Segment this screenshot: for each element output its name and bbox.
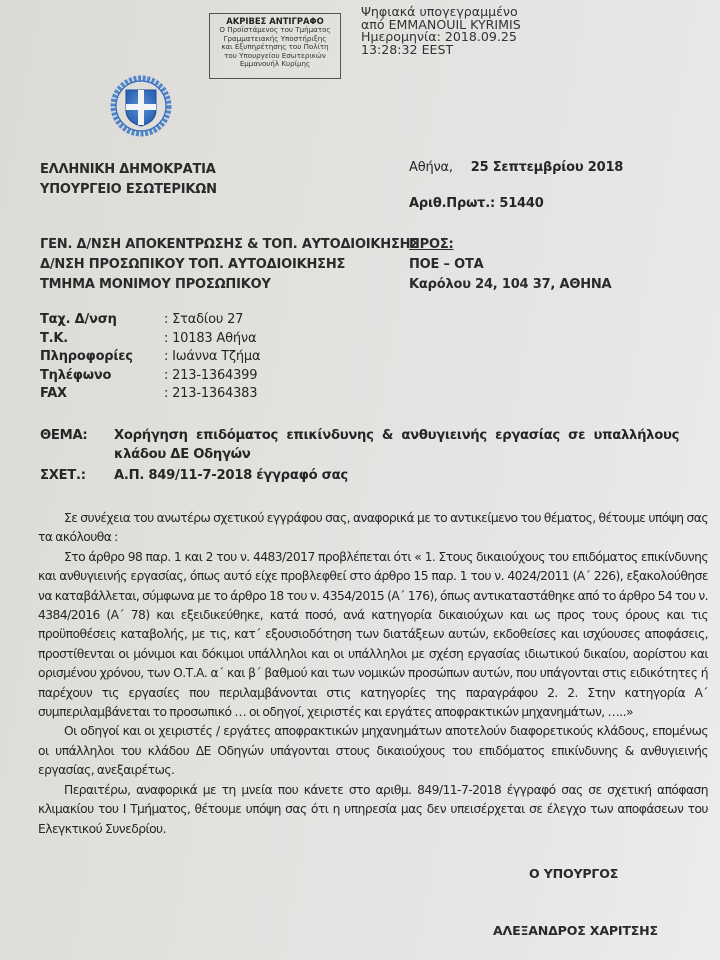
stamp-line: Εμμανουήλ Κυρίμης	[210, 60, 340, 69]
issuer-country: ΕΛΛΗΝΙΚΗ ΔΗΜΟΚΡΑΤΙΑ	[40, 160, 217, 180]
date-value: 25 Σεπτεμβρίου 2018	[471, 160, 623, 175]
departments-block: ΓΕΝ. Δ/ΝΣΗ ΑΠΟΚΕΝΤΡΩΣΗΣ & ΤΟΠ. ΑΥΤΟΔΙΟΙΚ…	[40, 235, 419, 295]
reference-value: Α.Π. 849/11-7-2018 έγγραφό σας	[114, 466, 348, 485]
body-paragraph-1: Σε συνέχεια του ανωτέρω σχετικού εγγράφο…	[38, 509, 708, 548]
contact-label: Τ.Κ.	[40, 330, 164, 349]
reference-label: ΣΧΕΤ.:	[40, 466, 114, 485]
protocol-number: Αριθ.Πρωτ.: 51440	[409, 196, 544, 211]
contact-value: : 10183 Αθήνα	[164, 330, 256, 349]
contact-block: Ταχ. Δ/νση : Σταδίου 27 Τ.Κ. : 10183 Αθή…	[40, 311, 260, 404]
subject-label: ΘΕΜΑ:	[40, 426, 114, 445]
contact-row-info: Πληροφορίες : Ιωάννα Τζήμα	[40, 348, 260, 367]
subject-block: ΘΕΜΑ: Χορήγηση επιδόματος επικίνδυνης & …	[40, 426, 679, 485]
recipient-name: ΠΟΕ – ΟΤΑ	[409, 255, 611, 275]
date-line: Αθήνα, 25 Σεπτεμβρίου 2018	[409, 160, 623, 175]
body-paragraph-4: Περαιτέρω, αναφορικά με τη μνεία που κάν…	[38, 781, 708, 839]
signatory-title: Ο ΥΠΟΥΡΓΟΣ	[529, 864, 618, 884]
department-line: ΓΕΝ. Δ/ΝΣΗ ΑΠΟΚΕΝΤΡΩΣΗΣ & ΤΟΠ. ΑΥΤΟΔΙΟΙΚ…	[40, 235, 419, 255]
recipient-block: ΠΡΟΣ: ΠΟΕ – ΟΤΑ Καρόλου 24, 104 37, ΑΘΗΝ…	[409, 235, 611, 295]
body-paragraph-2: Στο άρθρο 98 παρ. 1 και 2 του ν. 4483/20…	[38, 548, 708, 723]
contact-row-phone: Τηλέφωνο : 213-1364399	[40, 367, 260, 386]
department-line: ΤΜΗΜΑ ΜΟΝΙΜΟΥ ΠΡΟΣΩΠΙΚΟΥ	[40, 275, 419, 295]
certified-copy-stamp: ΑΚΡΙΒΕΣ ΑΝΤΙΓΡΑΦΟ Ο Προϊστάμενος του Τμή…	[209, 13, 341, 79]
contact-value: : Σταδίου 27	[164, 311, 243, 330]
letter-body: Σε συνέχεια του ανωτέρω σχετικού εγγράφο…	[38, 509, 708, 839]
recipient-label: ΠΡΟΣ:	[409, 235, 611, 255]
subject-line-1: Χορήγηση επιδόματος επικίνδυνης & ανθυγι…	[114, 426, 679, 445]
date-place: Αθήνα,	[409, 160, 453, 175]
signatory-name: ΑΛΕΞΑΝΔΡΟΣ ΧΑΡΙΤΣΗΣ	[493, 921, 658, 941]
contact-row-postcode: Τ.Κ. : 10183 Αθήνα	[40, 330, 260, 349]
contact-row-address: Ταχ. Δ/νση : Σταδίου 27	[40, 311, 260, 330]
issuer-block: ΕΛΛΗΝΙΚΗ ΔΗΜΟΚΡΑΤΙΑ ΥΠΟΥΡΓΕΙΟ ΕΣΩΤΕΡΙΚΩΝ	[40, 160, 217, 200]
contact-value: : 213-1364399	[164, 367, 257, 386]
greek-coat-of-arms-icon	[110, 75, 172, 137]
digital-signature: Ψηφιακά υπογεγραμμένο από EMMANOUIL KYRI…	[361, 6, 521, 56]
contact-value: : 213-1364383	[164, 385, 257, 404]
subject-line-2: κλάδου ΔΕ Οδηγών	[114, 445, 250, 464]
contact-label: FAX	[40, 385, 164, 404]
contact-label: Τηλέφωνο	[40, 367, 164, 386]
body-paragraph-3: Οι οδηγοί και οι χειριστές / εργάτες απο…	[38, 722, 708, 780]
contact-value: : Ιωάννα Τζήμα	[164, 348, 260, 367]
department-line: Δ/ΝΣΗ ΠΡΟΣΩΠΙΚΟΥ ΤΟΠ. ΑΥΤΟΔΙΟΙΚΗΣΗΣ	[40, 255, 419, 275]
contact-label: Πληροφορίες	[40, 348, 164, 367]
contact-row-fax: FAX : 213-1364383	[40, 385, 260, 404]
recipient-address: Καρόλου 24, 104 37, ΑΘΗΝΑ	[409, 275, 611, 295]
issuer-ministry: ΥΠΟΥΡΓΕΙΟ ΕΣΩΤΕΡΙΚΩΝ	[40, 180, 217, 200]
signature-line: 13:28:32 EEST	[361, 44, 521, 57]
contact-label: Ταχ. Δ/νση	[40, 311, 164, 330]
